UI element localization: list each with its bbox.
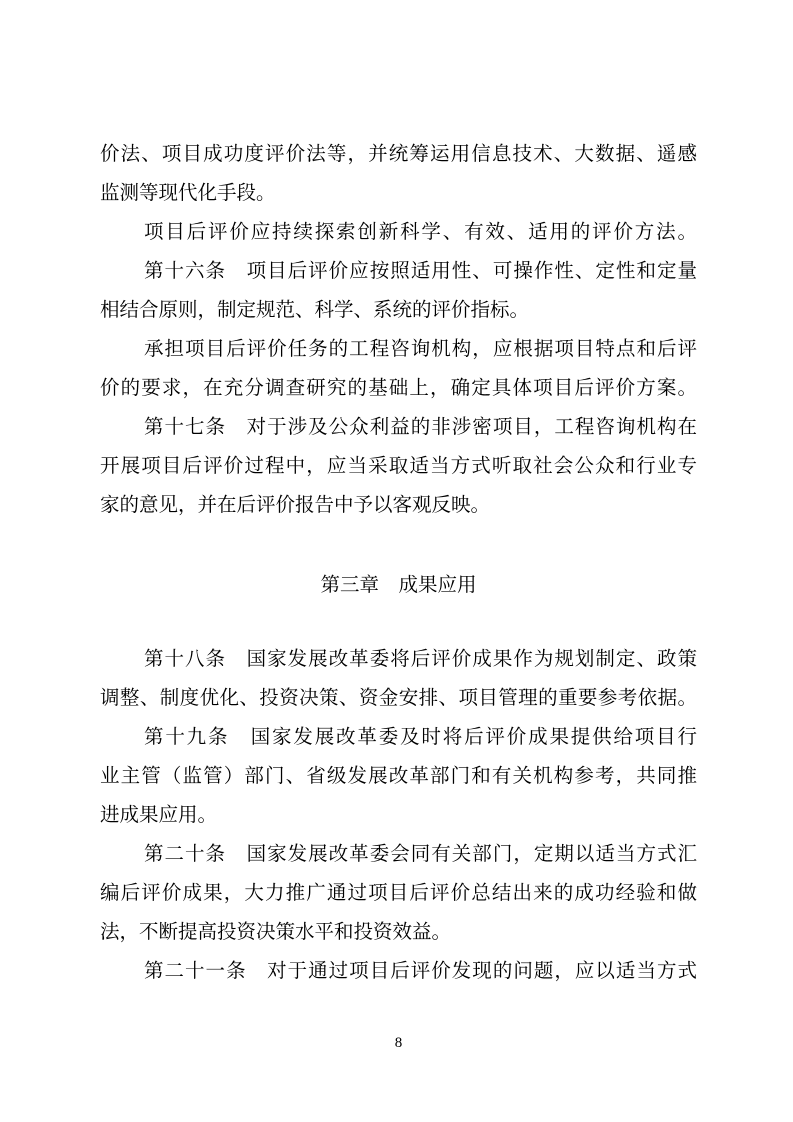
body-line: 业主管（监管）部门、省级发展改革部门和有关机构参考，共同推 <box>100 757 697 796</box>
body-line: 编后评价成果，大力推广通过项目后评价总结出来的成功经验和做 <box>100 874 697 913</box>
body-line: 监测等现代化手段。 <box>100 174 697 213</box>
chapter-heading: 第三章 成果应用 <box>100 566 697 605</box>
body-line-article-19: 第十九条 国家发展改革委及时将后评价成果提供给项目行 <box>100 718 697 757</box>
body-line-article-16: 第十六条 项目后评价应按照适用性、可操作性、定性和定量 <box>100 252 697 291</box>
body-line: 价的要求，在充分调查研究的基础上，确定具体项目后评价方案。 <box>100 369 697 408</box>
body-line-article-17: 第十七条 对于涉及公众利益的非涉密项目，工程咨询机构在 <box>100 408 697 447</box>
body-line: 法，不断提高投资决策水平和投资效益。 <box>100 913 697 952</box>
body-line-article-21: 第二十一条 对于通过项目后评价发现的问题，应以适当方式 <box>100 952 697 991</box>
body-line: 项目后评价应持续探索创新科学、有效、适用的评价方法。 <box>100 213 697 252</box>
body-line: 价法、项目成功度评价法等，并统筹运用信息技术、大数据、遥感 <box>100 135 697 174</box>
body-line: 调整、制度优化、投资决策、资金安排、项目管理的重要参考依据。 <box>100 679 697 718</box>
page-number: 8 <box>100 1033 697 1053</box>
body-line: 相结合原则，制定规范、科学、系统的评价指标。 <box>100 291 697 330</box>
document-page: 价法、项目成功度评价法等，并统筹运用信息技术、大数据、遥感 监测等现代化手段。 … <box>0 0 793 1122</box>
body-line: 承担项目后评价任务的工程咨询机构，应根据项目特点和后评 <box>100 330 697 369</box>
body-line: 家的意见，并在后评价报告中予以客观反映。 <box>100 486 697 525</box>
body-line-article-18: 第十八条 国家发展改革委将后评价成果作为规划制定、政策 <box>100 640 697 679</box>
body-line-article-20: 第二十条 国家发展改革委会同有关部门，定期以适当方式汇 <box>100 835 697 874</box>
body-line: 开展项目后评价过程中，应当采取适当方式听取社会公众和行业专 <box>100 447 697 486</box>
body-line: 进成果应用。 <box>100 796 697 835</box>
